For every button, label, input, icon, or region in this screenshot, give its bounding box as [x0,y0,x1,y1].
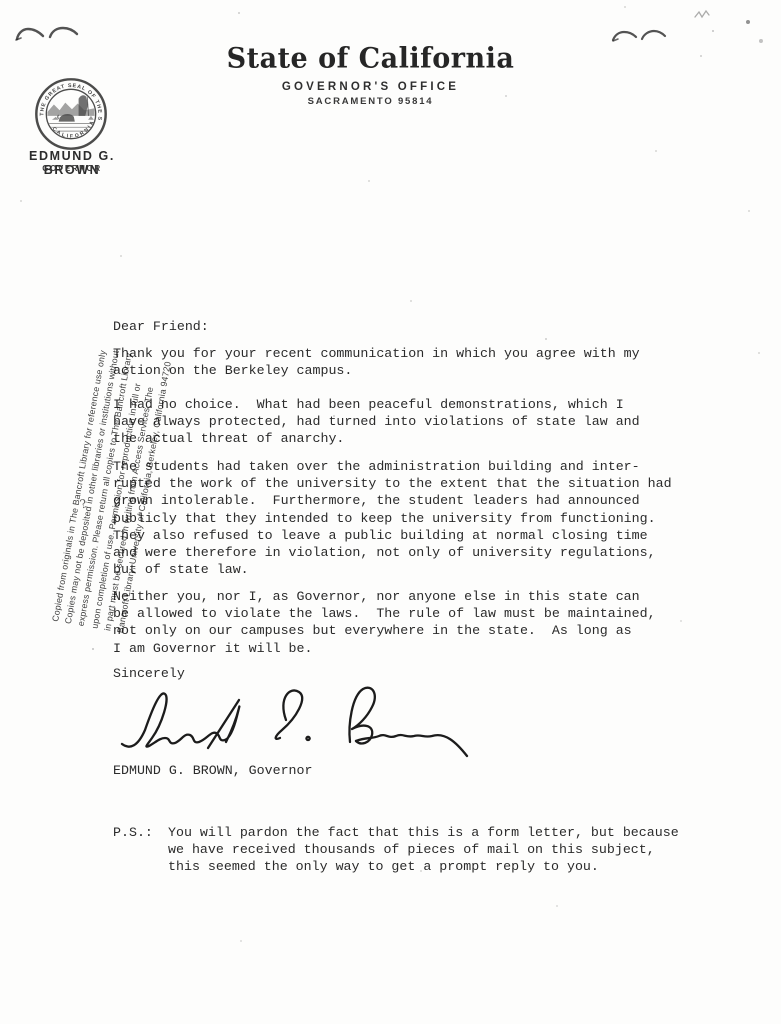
paragraph-4: Neither you, nor I, as Governor, nor any… [113,588,691,657]
postscript-label: P.S.: [113,824,168,876]
california-state-seal: THE GREAT SEAL OF THE STATE CALIFORNIA [32,76,110,152]
postscript: P.S.: You will pardon the fact that this… [113,824,683,876]
svg-text:CALIFORNIA: CALIFORNIA [51,118,97,139]
pencil-scribble-icon [694,8,716,22]
seal-ring-bottom-text: CALIFORNIA [51,118,97,139]
paragraph-3: The students had taken over the administ… [113,458,691,578]
letterhead: State of California GOVERNOR'S OFFICE SA… [218,44,523,107]
postscript-text: You will pardon the fact that this is a … [168,824,683,876]
pen-mark-top-right [611,28,667,46]
paragraph-1: Thank you for your recent communication … [113,345,691,379]
squiggle-icon [611,28,667,46]
typed-signature-line: EDMUND G. BROWN, Governor [113,762,691,779]
corner-pencil-mark [694,8,716,22]
squiggle-icon [14,24,82,46]
salutation: Dear Friend: [113,318,691,335]
signature-edmund-g-brown [118,680,470,762]
pen-mark-top-left [14,24,82,46]
letterhead-org-title: State of California [218,43,523,75]
scanned-letter-page: THE GREAT SEAL OF THE STATE CALIFORNIA E… [0,0,781,1024]
paragraph-2: I had no choice. What had been peaceful … [113,396,691,448]
letterhead-office-line: GOVERNOR'S OFFICE [218,81,523,93]
letterhead-official-title: GOVERNOR [6,164,138,173]
scan-noise-speckles [0,0,2,2]
letterhead-city-zip: SACRAMENTO 95814 [218,96,523,107]
